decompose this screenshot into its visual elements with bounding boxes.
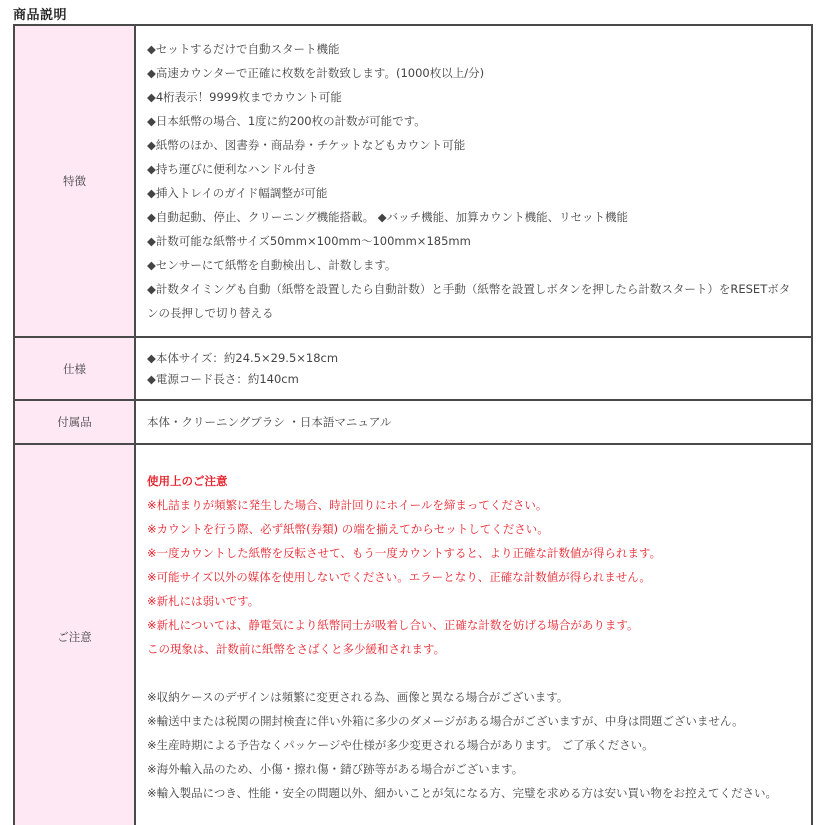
spec-line: ◆本体サイズ：約24.5×29.5×18cm — [147, 348, 801, 369]
notes-row: ご注意 使用上のご注意 ※札詰まりが頻繁に発生した場合、時計回りにホイールを締ま… — [14, 444, 812, 825]
feature-line: ◆持ち運びに便利なハンドル付き — [147, 157, 801, 181]
feature-line: ◆センサーにて紙幣を自動検出し、計数します。 — [147, 253, 801, 277]
feature-line: ◆セットするだけで自動スタート機能 — [147, 37, 801, 61]
specs-content: ◆本体サイズ：約24.5×29.5×18cm ◆電源コード長さ：約140cm — [135, 337, 812, 400]
usage-notes-title: 使用上のご注意 — [147, 469, 801, 493]
feature-line: ◆高速カウンターで正確に枚数を計数致します。(1000枚以上/分) — [147, 61, 801, 85]
general-note-line: ※輸入製品につき、性能・安全の問題以外、細かいことが気になる方、完璧を求める方は… — [147, 781, 801, 805]
usage-note-line: ※札詰まりが頻繁に発生した場合、時計回りにホイールを締まってください。 — [147, 493, 801, 517]
usage-note-line: この現象は、計数前に紙幣をさばくと多少緩和されます。 — [147, 637, 801, 661]
general-note-line: ※生産時期による予告なくパッケージや仕様が多少変更される場合があります。 ご了承… — [147, 733, 801, 757]
accessories-label: 付属品 — [14, 400, 135, 444]
general-note-line: ※収納ケースのデザインは頻繁に変更される為、画像と異なる場合がございます。 — [147, 685, 801, 709]
features-label: 特徴 — [14, 25, 135, 337]
specs-row: 仕様 ◆本体サイズ：約24.5×29.5×18cm ◆電源コード長さ：約140c… — [14, 337, 812, 400]
accessories-row: 付属品 本体・クリーニングブラシ ・日本語マニュアル — [14, 400, 812, 444]
feature-line: ◆挿入トレイのガイド幅調整が可能 — [147, 181, 801, 205]
spacer — [147, 661, 801, 685]
product-description-table: 特徴 ◆セットするだけで自動スタート機能 ◆高速カウンターで正確に枚数を計数致し… — [13, 24, 813, 825]
usage-note-line: ※新札には弱いです。 — [147, 589, 801, 613]
section-title: 商品説明 — [13, 4, 67, 23]
feature-line: ◆4桁表示！9999枚までカウント可能 — [147, 85, 801, 109]
usage-note-line: ※新札については、静電気により紙幣同士が吸着し合い、正確な計数を妨げる場合があり… — [147, 613, 801, 637]
general-note-line: ※輸送中または税関の開封検査に伴い外箱に多少のダメージがある場合がございますが、… — [147, 709, 801, 733]
notes-label: ご注意 — [14, 444, 135, 825]
accessories-text: 本体・クリーニングブラシ ・日本語マニュアル — [147, 410, 801, 434]
feature-line: ◆計数可能な紙幣サイズ50mm×100mm～100mm×185mm — [147, 229, 801, 253]
usage-note-line: ※一度カウントした紙幣を反転させて、もう一度カウントすると、より正確な計数値が得… — [147, 541, 801, 565]
usage-note-line: ※可能サイズ以外の媒体を使用しないでください。エラーとなり、正確な計数値が得られ… — [147, 565, 801, 589]
notes-content: 使用上のご注意 ※札詰まりが頻繁に発生した場合、時計回りにホイールを締まってくだ… — [135, 444, 812, 825]
specs-label: 仕様 — [14, 337, 135, 400]
usage-note-line: ※カウントを行う際、必ず紙幣(券類) の端を揃えてからセットしてください。 — [147, 517, 801, 541]
spec-line: ◆電源コード長さ：約140cm — [147, 369, 801, 390]
accessories-content: 本体・クリーニングブラシ ・日本語マニュアル — [135, 400, 812, 444]
features-content: ◆セットするだけで自動スタート機能 ◆高速カウンターで正確に枚数を計数致します。… — [135, 25, 812, 337]
feature-line: ◆日本紙幣の場合、1度に約200枚の計数が可能です。 — [147, 109, 801, 133]
feature-line: ◆紙幣のほか、図書券・商品券・チケットなどもカウント可能 — [147, 133, 801, 157]
feature-line: ◆計数タイミングも自動（紙幣を設置したら自動計数）と手動（紙幣を設置しボタンを押… — [147, 277, 801, 325]
general-note-line: ※海外輸入品のため、小傷・擦れ傷・錆び跡等がある場合がございます。 — [147, 757, 801, 781]
feature-line: ◆自動起動、停止、クリーニング機能搭載。 ◆バッチ機能、加算カウント機能、リセッ… — [147, 205, 801, 229]
features-row: 特徴 ◆セットするだけで自動スタート機能 ◆高速カウンターで正確に枚数を計数致し… — [14, 25, 812, 337]
